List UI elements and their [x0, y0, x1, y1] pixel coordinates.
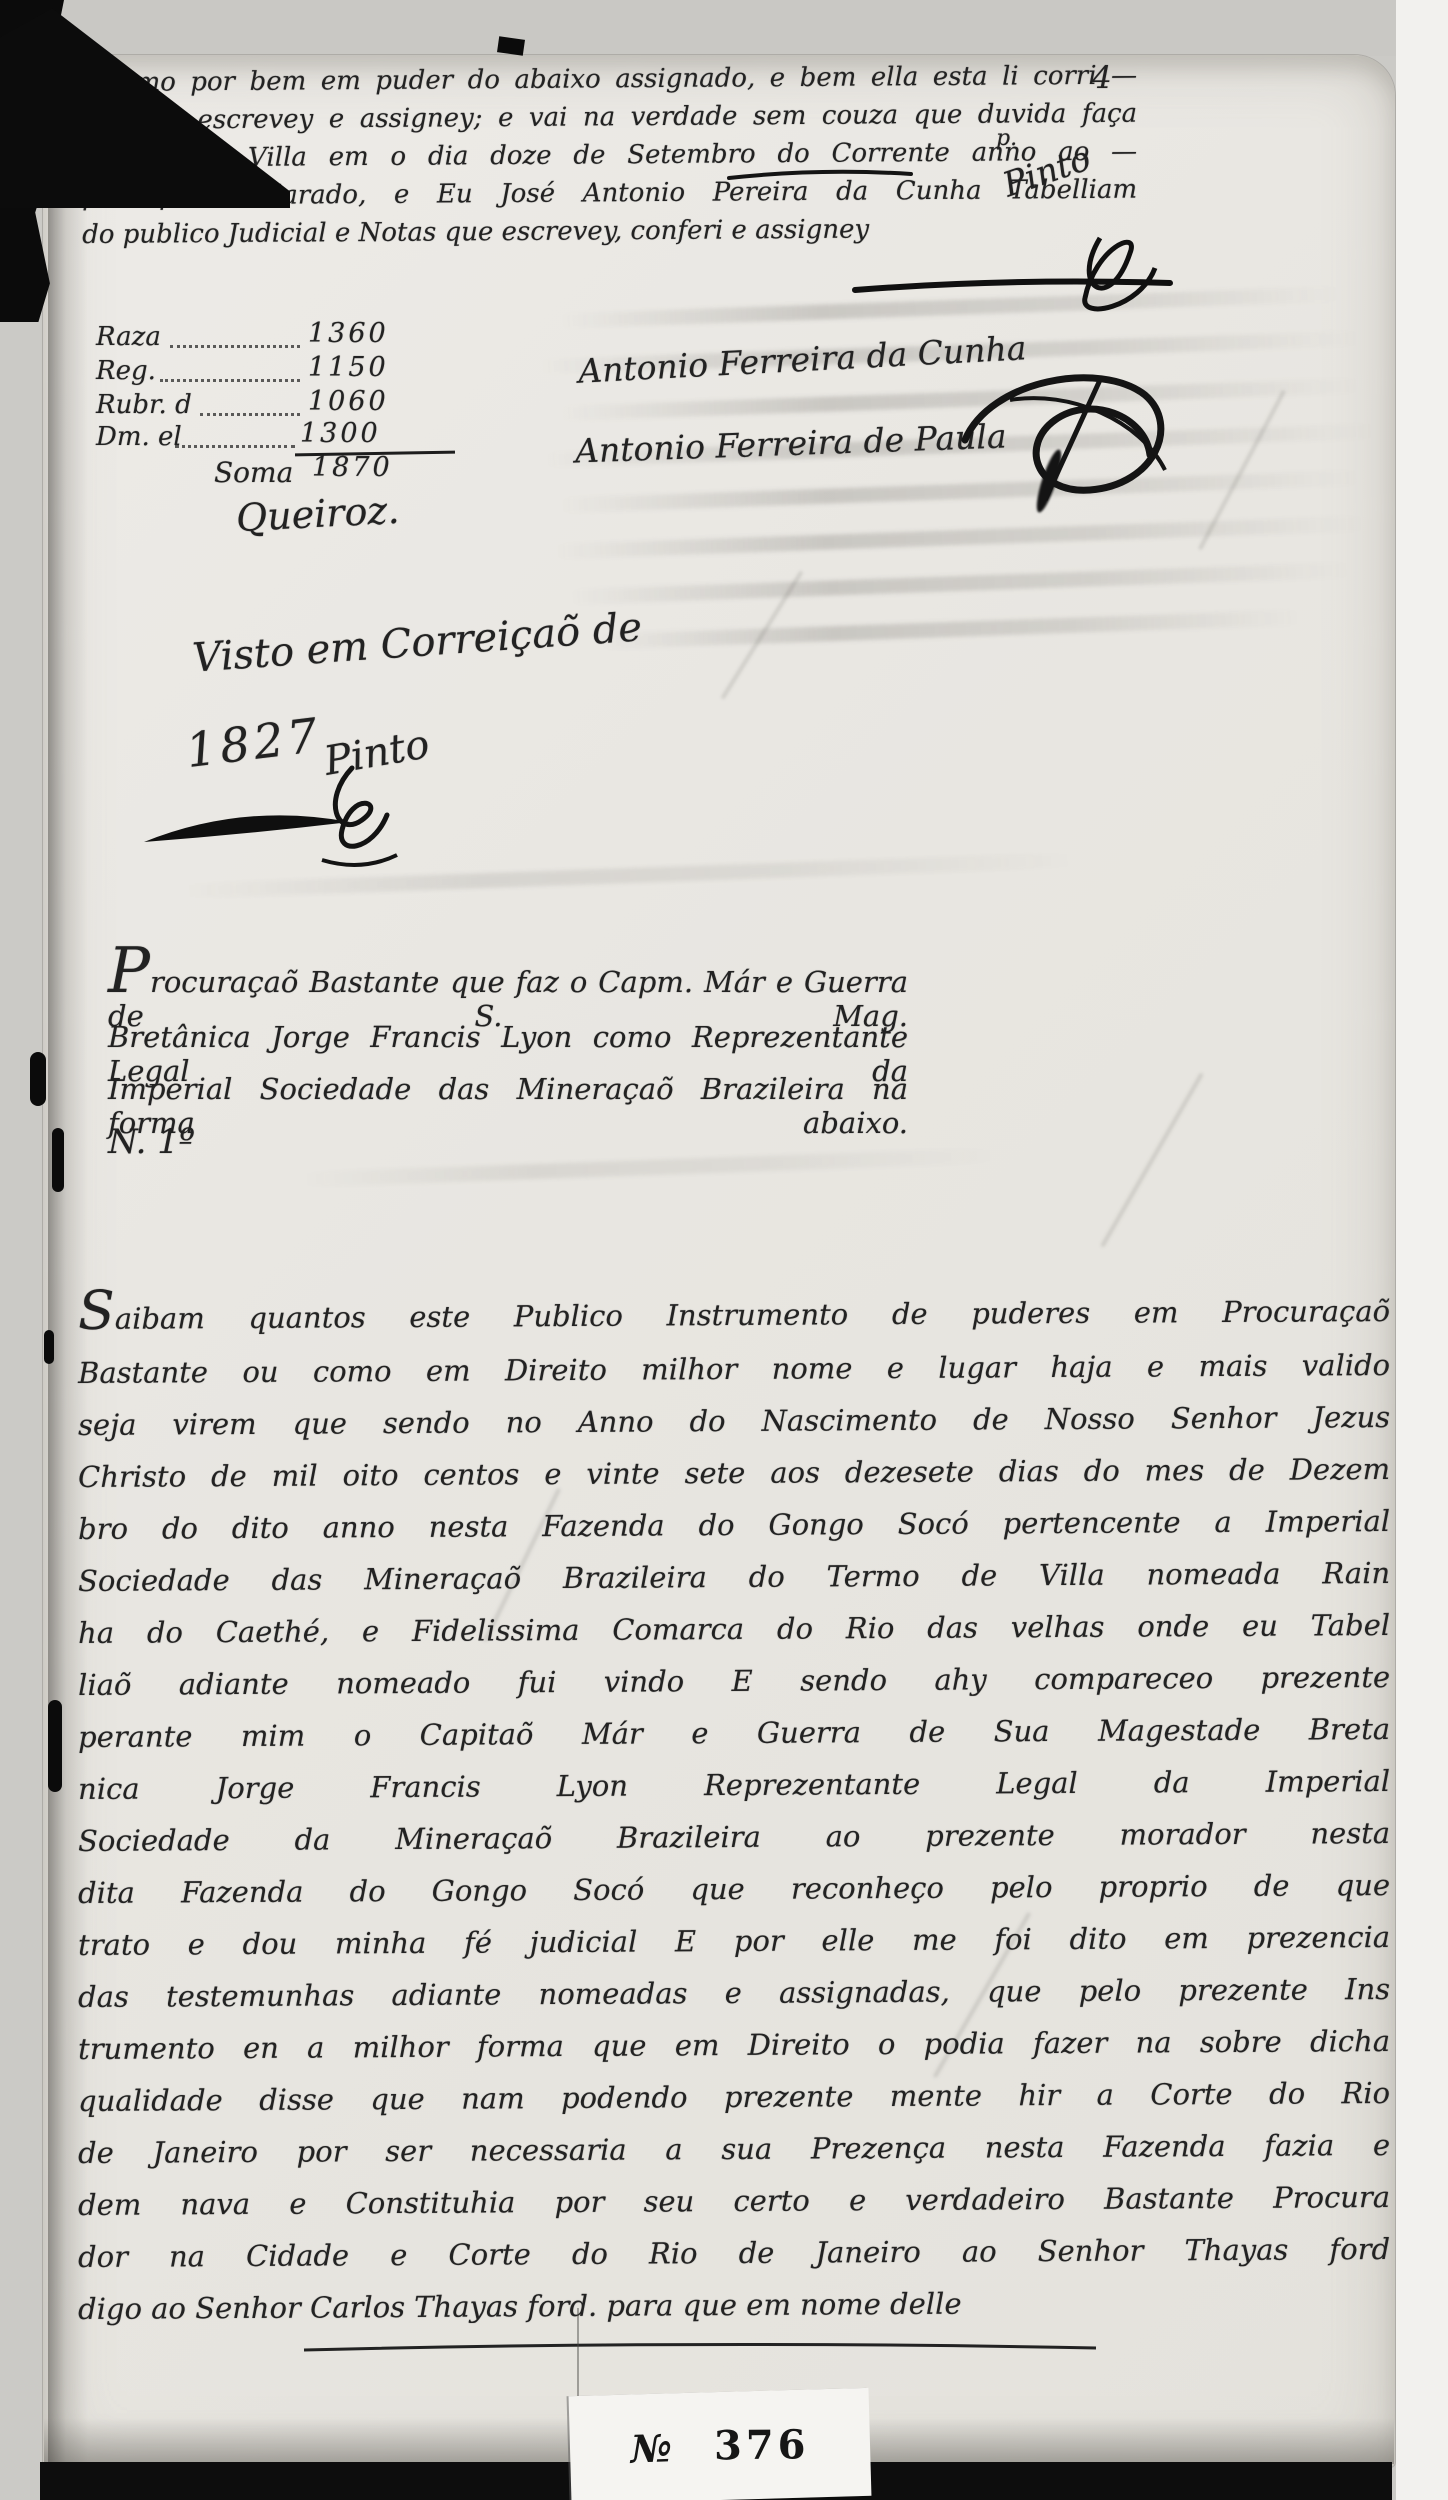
edge-stain [44, 1330, 54, 1364]
edge-stain [30, 1052, 46, 1106]
manuscript-scan: mesmo por bem em puder do abaixo assigna… [0, 0, 1448, 2500]
fee-leader-dots [160, 378, 300, 382]
fee-leader-dots [170, 344, 300, 348]
fee-value: 1060 [308, 386, 389, 417]
paper-crease [577, 2308, 579, 2398]
fee-leader-dots [200, 412, 300, 416]
page-number: 4 [1092, 60, 1112, 96]
fee-total-value: 1870 [312, 452, 393, 483]
clerk-signature: Queiroz. [235, 488, 401, 540]
fee-label: Dm. el [96, 422, 182, 452]
rubric-flourish-icon [950, 360, 1180, 510]
edge-stain [48, 1700, 62, 1792]
fee-value: 1360 [308, 318, 389, 349]
fee-label: Reg. [96, 356, 156, 386]
margin-flourish-icon [850, 228, 1180, 323]
fee-label: Raza [96, 322, 161, 352]
scan-right-margin [1396, 0, 1448, 2500]
end-rule-stroke-icon [300, 2338, 1100, 2358]
inspection-rubric-icon [292, 760, 412, 880]
margin-visto-initial: p. [996, 126, 1017, 151]
archive-number: 376 [714, 2421, 810, 2469]
edge-stain [52, 1128, 64, 1192]
archive-number-label: № 376 [569, 2388, 872, 2500]
fee-total-label: Soma [214, 456, 293, 489]
fee-label: Rubr. d [96, 390, 192, 420]
edge-tear [497, 36, 525, 55]
fee-value: 1150 [308, 352, 389, 383]
fee-leader-dots [175, 444, 295, 448]
numero-symbol: № [630, 2425, 673, 2471]
fee-value: 1300 [300, 418, 381, 449]
dash-stroke-icon [725, 162, 915, 188]
scan-top-margin [0, 0, 1448, 56]
title-line: N. 1º [108, 1122, 908, 1162]
